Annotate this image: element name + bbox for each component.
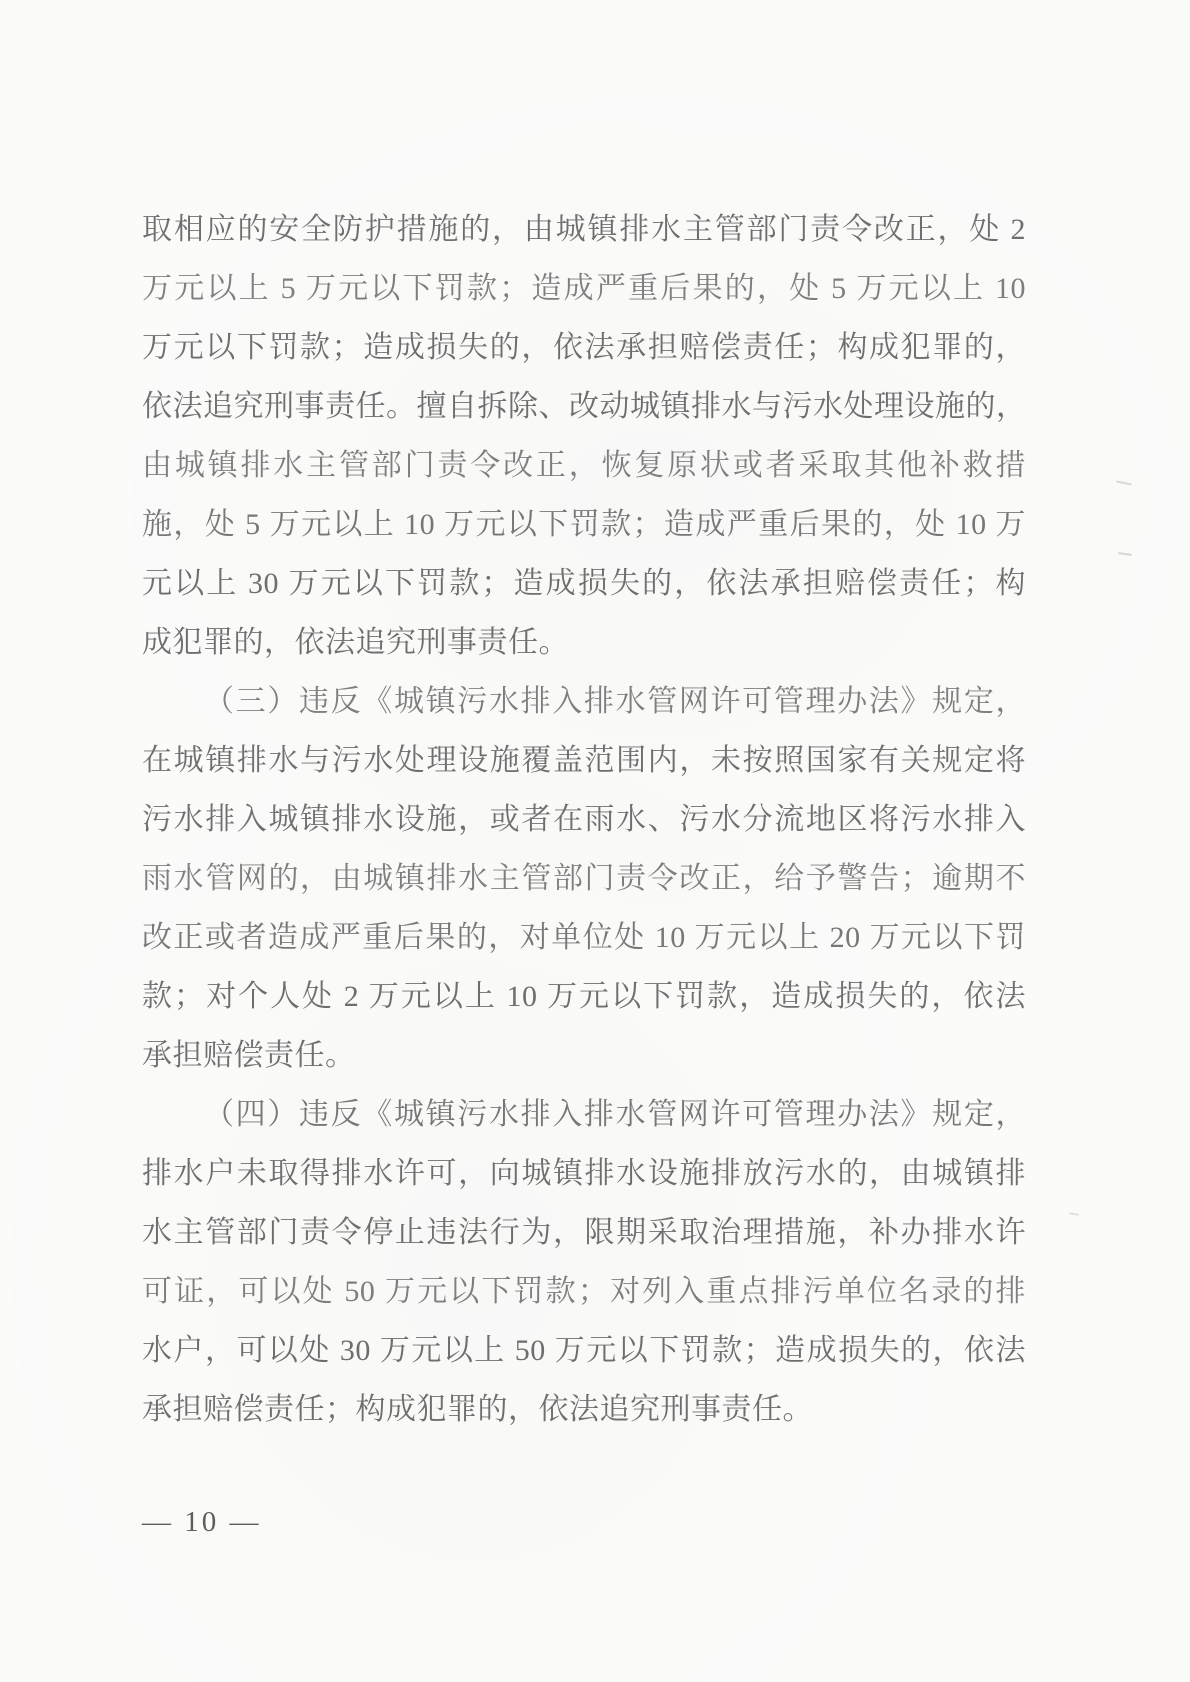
- document-page: 取相应的安全防护措施的，由城镇排水主管部门责令改正，处 2 万元以上 5 万元以…: [0, 0, 1190, 1682]
- text-line: 取相应的安全防护措施的，由城镇排水主管部门责令改正，处 2: [142, 200, 1026, 259]
- text-line: 可证，可以处 50 万元以下罚款；对列入重点排污单位名录的排: [142, 1262, 1026, 1321]
- text-line: 排水户未取得排水许可，向城镇排水设施排放污水的，由城镇排: [142, 1144, 1026, 1203]
- text-block: 取相应的安全防护措施的，由城镇排水主管部门责令改正，处 2 万元以上 5 万元以…: [142, 200, 1026, 1439]
- text-line-item-four: （四）违反《城镇污水排入排水管网许可管理办法》规定，: [142, 1085, 1026, 1144]
- text-line: 款；对个人处 2 万元以上 10 万元以下罚款，造成损失的，依法: [142, 967, 1026, 1026]
- text-line: 万元以上 5 万元以下罚款；造成严重后果的，处 5 万元以上 10: [142, 259, 1026, 318]
- text-line: 施，处 5 万元以上 10 万元以下罚款；造成严重后果的，处 10 万: [142, 495, 1026, 554]
- scan-speck: [1118, 552, 1132, 556]
- text-line: 水户，可以处 30 万元以上 50 万元以下罚款；造成损失的，依法: [142, 1321, 1026, 1380]
- text-line: 承担赔偿责任；构成犯罪的，依法追究刑事责任。: [142, 1380, 1026, 1439]
- scan-speck: [1116, 480, 1132, 485]
- text-line: 万元以下罚款；造成损失的，依法承担赔偿责任；构成犯罪的，: [142, 318, 1026, 377]
- text-line: 改正或者造成严重后果的，对单位处 10 万元以上 20 万元以下罚: [142, 908, 1026, 967]
- text-line: 依法追究刑事责任。擅自拆除、改动城镇排水与污水处理设施的，: [142, 377, 1026, 436]
- text-line: 承担赔偿责任。: [142, 1026, 1026, 1085]
- scan-speck: [1069, 1212, 1079, 1216]
- text-line: 水主管部门责令停止违法行为，限期采取治理措施，补办排水许: [142, 1203, 1026, 1262]
- text-line: 元以上 30 万元以下罚款；造成损失的，依法承担赔偿责任；构: [142, 554, 1026, 613]
- text-line: 在城镇排水与污水处理设施覆盖范围内，未按照国家有关规定将: [142, 731, 1026, 790]
- text-line-item-three: （三）违反《城镇污水排入排水管网许可管理办法》规定，: [142, 672, 1026, 731]
- page-number: — 10 —: [142, 1504, 262, 1540]
- text-line: 污水排入城镇排水设施，或者在雨水、污水分流地区将污水排入: [142, 790, 1026, 849]
- text-line: 雨水管网的，由城镇排水主管部门责令改正，给予警告；逾期不: [142, 849, 1026, 908]
- text-line: 由城镇排水主管部门责令改正，恢复原状或者采取其他补救措: [142, 436, 1026, 495]
- text-line: 成犯罪的，依法追究刑事责任。: [142, 613, 1026, 672]
